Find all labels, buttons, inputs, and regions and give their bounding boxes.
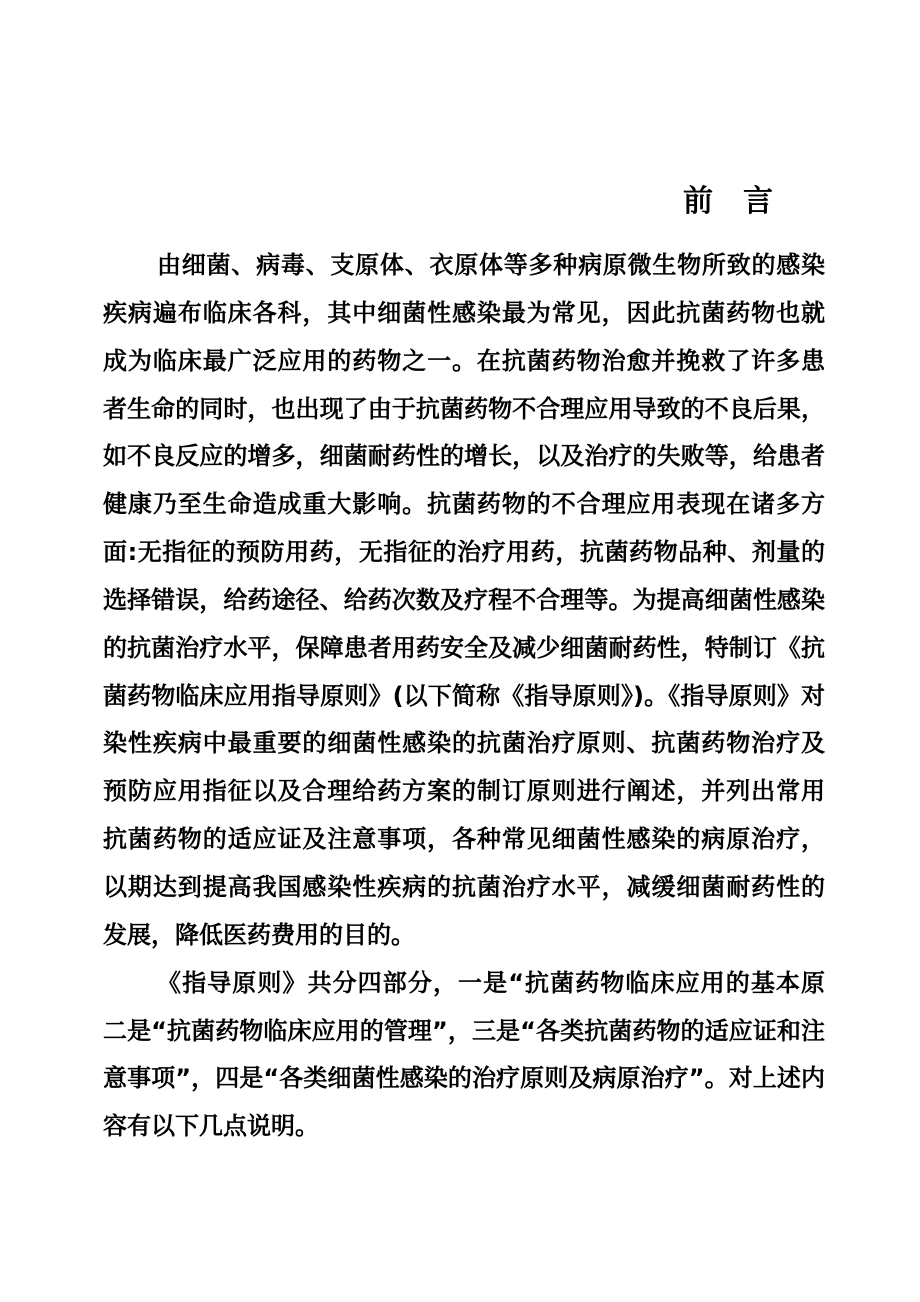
text-line: 菌药物临床应用指导原则》(以下简称《指导原则》)。《指导原则》对感 bbox=[103, 673, 825, 721]
text-line: 《指导原则》共分四部分，一是“抗菌药物临床应用的基本原则”， bbox=[103, 960, 825, 1008]
text-line: 者生命的同时，也出现了由于抗菌药物不合理应用导致的不良后果， bbox=[103, 386, 825, 434]
text-line: 容有以下几点说明。 bbox=[103, 1103, 825, 1151]
body-text: 由细菌、病毒、支原体、衣原体等多种病原微生物所致的感染性 疾病遍布临床各科，其中… bbox=[103, 242, 825, 1151]
text-line: 的抗菌治疗水平，保障患者用药安全及减少细菌耐药性，特制订《抗 bbox=[103, 625, 825, 673]
text-line: 预防应用指征以及合理给药方案的制订原则进行阐述，并列出常用 bbox=[103, 768, 825, 816]
text-line: 由细菌、病毒、支原体、衣原体等多种病原微生物所致的感染性 bbox=[103, 242, 825, 290]
text-line: 二是“抗菌药物临床应用的管理”，三是“各类抗菌药物的适应证和注 bbox=[103, 1008, 825, 1056]
document-page: 前 言 由细菌、病毒、支原体、衣原体等多种病原微生物所致的感染性 疾病遍布临床各… bbox=[0, 0, 920, 1302]
text-line: 健康乃至生命造成重大影响。抗菌药物的不合理应用表现在诸多方 bbox=[103, 481, 825, 529]
text-line: 以期达到提高我国感染性疾病的抗菌治疗水平，减缓细菌耐药性的 bbox=[103, 864, 825, 912]
text-line: 疾病遍布临床各科，其中细菌性感染最为常见，因此抗菌药物也就 bbox=[103, 290, 825, 338]
page-title: 前 言 bbox=[683, 185, 773, 219]
text-line: 发展，降低医药费用的目的。 bbox=[103, 912, 825, 960]
text-line: 意事项”，四是“各类细菌性感染的治疗原则及病原治疗”。对上述内 bbox=[103, 1055, 825, 1103]
text-line: 染性疾病中最重要的细菌性感染的抗菌治疗原则、抗菌药物治疗及 bbox=[103, 720, 825, 768]
text-line: 成为临床最广泛应用的药物之一。在抗菌药物治愈并挽救了许多患 bbox=[103, 338, 825, 386]
text-line: 选择错误，给药途径、给药次数及疗程不合理等。为提高细菌性感染 bbox=[103, 577, 825, 625]
text-line: 如不良反应的增多，细菌耐药性的增长，以及治疗的失败等，给患者 bbox=[103, 433, 825, 481]
text-line: 面:无指征的预防用药，无指征的治疗用药，抗菌药物品种、剂量的 bbox=[103, 529, 825, 577]
text-line: 抗菌药物的适应证及注意事项，各种常见细菌性感染的病原治疗， bbox=[103, 816, 825, 864]
